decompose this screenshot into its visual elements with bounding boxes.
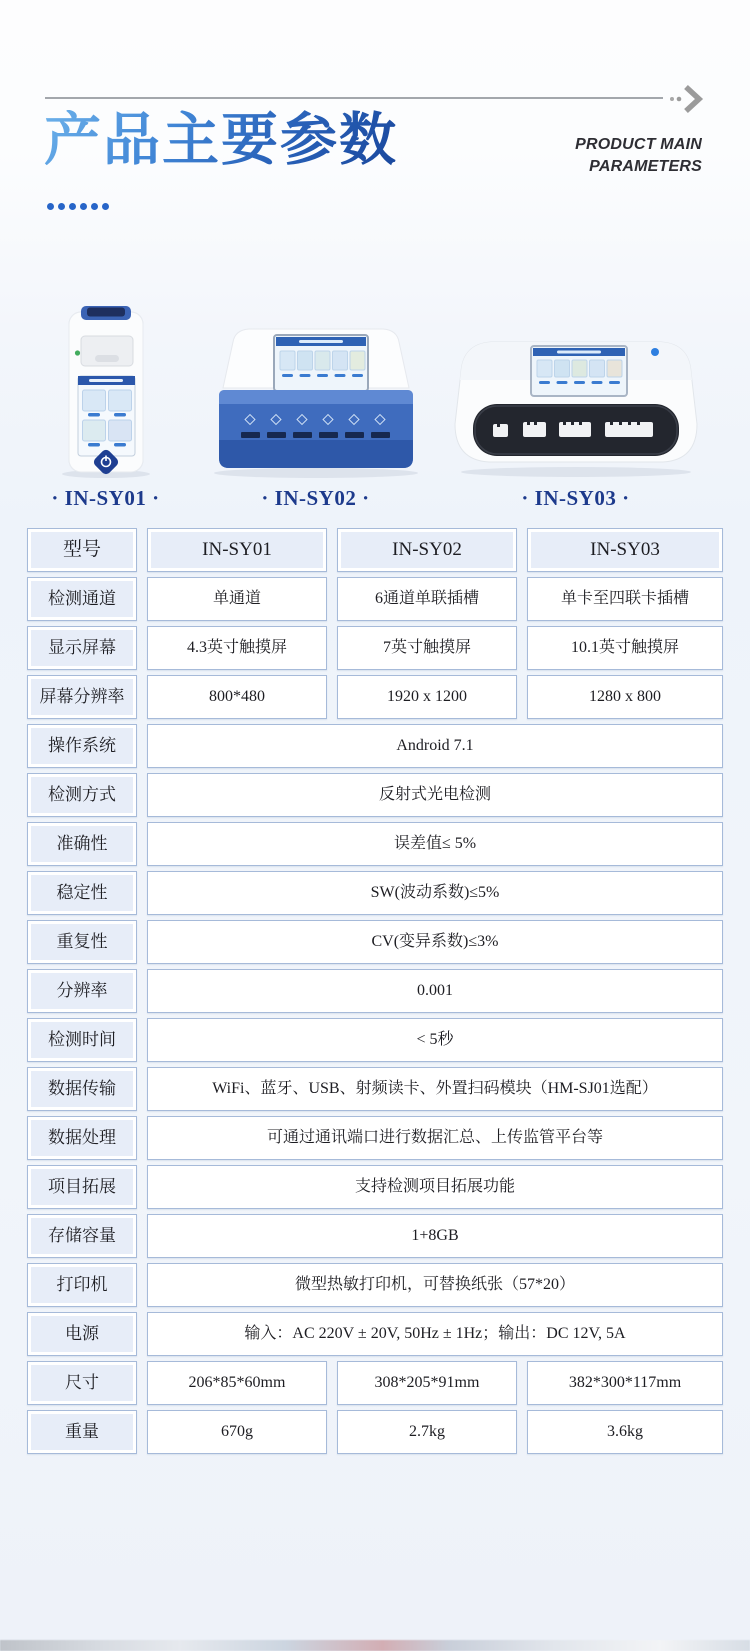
table-row: 稳定性SW(波动系数)≤5% xyxy=(27,871,723,915)
row-value-cell-text: 3.6kg xyxy=(531,1414,719,1450)
row-label-cell: 屏幕分辨率 xyxy=(27,675,137,719)
row-span-cell-text: WiFi、蓝牙、USB、射频读卡、外置扫码模块（HM-SJ01选配） xyxy=(151,1071,719,1107)
row-span-cell-text: 微型热敏打印机，可替换纸张（57*20） xyxy=(151,1267,719,1303)
product-caption-in-sy01: · IN-SY01 · xyxy=(51,486,159,511)
table-row: 屏幕分辨率800*4801920 x 12001280 x 800 xyxy=(27,675,723,719)
row-value-cell-text: 206*85*60mm xyxy=(151,1365,323,1401)
page-subtitle: PRODUCT MAIN PARAMETERS xyxy=(575,134,702,179)
row-value-cell: IN-SY01 xyxy=(147,528,327,572)
accent-dot xyxy=(47,203,54,210)
row-value-cell-text: 单卡至四联卡插槽 xyxy=(531,581,719,617)
row-label-cell-text: 检测时间 xyxy=(31,1022,133,1058)
row-label-cell: 电源 xyxy=(27,1312,137,1356)
page-subtitle-line1: PRODUCT MAIN xyxy=(575,134,702,156)
row-span-cell: 0.001 xyxy=(147,969,723,1013)
table-row: 数据处理可通过通讯端口进行数据汇总、上传监管平台等 xyxy=(27,1116,723,1160)
row-value-cell: 单卡至四联卡插槽 xyxy=(527,577,723,621)
table-row: 型号IN-SY01IN-SY02IN-SY03 xyxy=(27,528,723,572)
row-label-cell: 数据处理 xyxy=(27,1116,137,1160)
product-parameters-page: 产品主要参数 PRODUCT MAIN PARAMETERS xyxy=(0,0,750,1651)
row-label-cell-text: 分辨率 xyxy=(31,973,133,1009)
row-value-cell-text: 1280 x 800 xyxy=(531,679,719,715)
header-divider-line xyxy=(45,97,663,99)
row-span-cell-text: SW(波动系数)≤5% xyxy=(151,875,719,911)
row-value-cell-text: 7英寸触摸屏 xyxy=(341,630,513,666)
product-caption-in-sy03: · IN-SY03 · xyxy=(521,486,629,511)
product-in-sy01: · IN-SY01 · xyxy=(28,266,183,511)
row-span-cell: 支持检测项目拓展功能 xyxy=(147,1165,723,1209)
row-span-cell: 输入：AC 220V ± 20V, 50Hz ± 1Hz；输出：DC 12V, … xyxy=(147,1312,723,1356)
row-span-cell-text: 误差值≤ 5% xyxy=(151,826,719,862)
row-value-cell: 800*480 xyxy=(147,675,327,719)
table-row: 项目拓展支持检测项目拓展功能 xyxy=(27,1165,723,1209)
row-label-cell: 型号 xyxy=(27,528,137,572)
row-value-cell-text: IN-SY01 xyxy=(151,532,323,568)
accent-dot xyxy=(91,203,98,210)
table-row: 尺寸206*85*60mm308*205*91mm382*300*117mm xyxy=(27,1361,723,1405)
row-label-cell-text: 重量 xyxy=(31,1414,133,1450)
accent-dot xyxy=(80,203,87,210)
row-span-cell-text: Android 7.1 xyxy=(151,728,719,764)
accent-dot xyxy=(102,203,109,210)
table-row: 检测通道单通道6通道单联插槽单卡至四联卡插槽 xyxy=(27,577,723,621)
row-value-cell-text: 800*480 xyxy=(151,679,323,715)
row-value-cell-text: 6通道单联插槽 xyxy=(341,581,513,617)
product-gallery: · IN-SY01 · xyxy=(0,266,750,511)
table-row: 分辨率0.001 xyxy=(27,969,723,1013)
row-value-cell-text: 308*205*91mm xyxy=(341,1365,513,1401)
row-value-cell-text: 382*300*117mm xyxy=(531,1365,719,1401)
row-value-cell-text: IN-SY02 xyxy=(341,532,513,568)
row-span-cell: WiFi、蓝牙、USB、射频读卡、外置扫码模块（HM-SJ01选配） xyxy=(147,1067,723,1111)
table-row: 电源输入：AC 220V ± 20V, 50Hz ± 1Hz；输出：DC 12V… xyxy=(27,1312,723,1356)
row-value-cell: 1920 x 1200 xyxy=(337,675,517,719)
table-row: 重复性CV(变异系数)≤3% xyxy=(27,920,723,964)
row-value-cell: 4.3英寸触摸屏 xyxy=(147,626,327,670)
row-value-cell: 308*205*91mm xyxy=(337,1361,517,1405)
row-label-cell: 尺寸 xyxy=(27,1361,137,1405)
row-label-cell: 存储容量 xyxy=(27,1214,137,1258)
product-in-sy02: · IN-SY02 · xyxy=(188,266,443,511)
row-label-cell-text: 检测方式 xyxy=(31,777,133,813)
row-value-cell: 6通道单联插槽 xyxy=(337,577,517,621)
row-label-cell: 检测方式 xyxy=(27,773,137,817)
row-value-cell-text: 4.3英寸触摸屏 xyxy=(151,630,323,666)
row-value-cell: 382*300*117mm xyxy=(527,1361,723,1405)
product-image-in-sy01 xyxy=(31,298,181,480)
next-section-preview-strip xyxy=(0,1640,750,1651)
row-value-cell: IN-SY02 xyxy=(337,528,517,572)
row-label-cell-text: 打印机 xyxy=(31,1267,133,1303)
product-image-in-sy03 xyxy=(431,312,721,480)
row-span-cell-text: CV(变异系数)≤3% xyxy=(151,924,719,960)
row-value-cell-text: 2.7kg xyxy=(341,1414,513,1450)
row-label-cell: 操作系统 xyxy=(27,724,137,768)
device1-screen xyxy=(78,376,135,456)
row-label-cell-text: 检测通道 xyxy=(31,581,133,617)
row-label-cell: 显示屏幕 xyxy=(27,626,137,670)
row-label-cell-text: 准确性 xyxy=(31,826,133,862)
row-label-cell-text: 显示屏幕 xyxy=(31,630,133,666)
row-label-cell: 打印机 xyxy=(27,1263,137,1307)
row-span-cell-text: < 5秒 xyxy=(151,1022,719,1058)
row-value-cell-text: 单通道 xyxy=(151,581,323,617)
row-span-cell: 1+8GB xyxy=(147,1214,723,1258)
row-label-cell: 检测时间 xyxy=(27,1018,137,1062)
table-row: 打印机微型热敏打印机，可替换纸张（57*20） xyxy=(27,1263,723,1307)
row-span-cell: 反射式光电检测 xyxy=(147,773,723,817)
row-label-cell: 项目拓展 xyxy=(27,1165,137,1209)
row-label-cell-text: 存储容量 xyxy=(31,1218,133,1254)
device3-card-slot-panel xyxy=(473,404,679,456)
row-value-cell: 7英寸触摸屏 xyxy=(337,626,517,670)
row-label-cell-text: 项目拓展 xyxy=(31,1169,133,1205)
row-value-cell: IN-SY03 xyxy=(527,528,723,572)
row-label-cell: 稳定性 xyxy=(27,871,137,915)
row-value-cell: 2.7kg xyxy=(337,1410,517,1454)
row-span-cell: 微型热敏打印机，可替换纸张（57*20） xyxy=(147,1263,723,1307)
page-title: 产品主要参数 xyxy=(44,110,398,173)
product-image-in-sy02 xyxy=(191,308,441,480)
product-in-sy03: · IN-SY03 · xyxy=(428,266,723,511)
title-accent-dots xyxy=(47,203,109,210)
row-label-cell-text: 屏幕分辨率 xyxy=(31,679,133,715)
row-span-cell-text: 1+8GB xyxy=(151,1218,719,1254)
row-label-cell-text: 电源 xyxy=(31,1316,133,1352)
accent-dot xyxy=(58,203,65,210)
device3-indicator-dot xyxy=(651,348,659,356)
row-label-cell-text: 操作系统 xyxy=(31,728,133,764)
row-value-cell: 1280 x 800 xyxy=(527,675,723,719)
row-label-cell: 准确性 xyxy=(27,822,137,866)
row-span-cell-text: 可通过通讯端口进行数据汇总、上传监管平台等 xyxy=(151,1120,719,1156)
row-label-cell-text: 重复性 xyxy=(31,924,133,960)
row-span-cell: Android 7.1 xyxy=(147,724,723,768)
row-span-cell-text: 输入：AC 220V ± 20V, 50Hz ± 1Hz；输出：DC 12V, … xyxy=(151,1316,719,1352)
row-label-cell: 数据传输 xyxy=(27,1067,137,1111)
row-label-cell-text: 数据传输 xyxy=(31,1071,133,1107)
row-value-cell-text: 1920 x 1200 xyxy=(341,679,513,715)
table-row: 检测方式反射式光电检测 xyxy=(27,773,723,817)
row-label-cell: 重量 xyxy=(27,1410,137,1454)
table-row: 准确性误差值≤ 5% xyxy=(27,822,723,866)
page-subtitle-line2: PARAMETERS xyxy=(575,156,702,178)
row-value-cell: 670g xyxy=(147,1410,327,1454)
product-caption-in-sy02: · IN-SY02 · xyxy=(261,486,369,511)
row-label-cell: 重复性 xyxy=(27,920,137,964)
table-row: 存储容量1+8GB xyxy=(27,1214,723,1258)
row-value-cell-text: 670g xyxy=(151,1414,323,1450)
table-row: 数据传输WiFi、蓝牙、USB、射频读卡、外置扫码模块（HM-SJ01选配） xyxy=(27,1067,723,1111)
accent-dot xyxy=(69,203,76,210)
spec-table: 型号IN-SY01IN-SY02IN-SY03检测通道单通道6通道单联插槽单卡至… xyxy=(27,528,723,1459)
row-value-cell: 3.6kg xyxy=(527,1410,723,1454)
table-row: 重量670g2.7kg3.6kg xyxy=(27,1410,723,1454)
device3-screen xyxy=(531,346,627,396)
row-span-cell: 误差值≤ 5% xyxy=(147,822,723,866)
row-label-cell-text: 型号 xyxy=(31,532,133,568)
row-span-cell: < 5秒 xyxy=(147,1018,723,1062)
row-value-cell: 206*85*60mm xyxy=(147,1361,327,1405)
row-value-cell: 单通道 xyxy=(147,577,327,621)
row-span-cell: SW(波动系数)≤5% xyxy=(147,871,723,915)
device2-screen xyxy=(274,335,368,391)
device1-power-led xyxy=(74,350,79,355)
chevron-right-icon xyxy=(668,83,706,115)
row-value-cell-text: 10.1英寸触摸屏 xyxy=(531,630,719,666)
row-span-cell: 可通过通讯端口进行数据汇总、上传监管平台等 xyxy=(147,1116,723,1160)
row-value-cell-text: IN-SY03 xyxy=(531,532,719,568)
row-value-cell: 10.1英寸触摸屏 xyxy=(527,626,723,670)
row-span-cell: CV(变异系数)≤3% xyxy=(147,920,723,964)
table-row: 检测时间< 5秒 xyxy=(27,1018,723,1062)
row-label-cell: 分辨率 xyxy=(27,969,137,1013)
row-label-cell-text: 尺寸 xyxy=(31,1365,133,1401)
row-label-cell: 检测通道 xyxy=(27,577,137,621)
row-label-cell-text: 稳定性 xyxy=(31,875,133,911)
row-label-cell-text: 数据处理 xyxy=(31,1120,133,1156)
table-row: 操作系统Android 7.1 xyxy=(27,724,723,768)
row-span-cell-text: 支持检测项目拓展功能 xyxy=(151,1169,719,1205)
row-span-cell-text: 反射式光电检测 xyxy=(151,777,719,813)
table-row: 显示屏幕4.3英寸触摸屏7英寸触摸屏10.1英寸触摸屏 xyxy=(27,626,723,670)
row-span-cell-text: 0.001 xyxy=(151,973,719,1009)
